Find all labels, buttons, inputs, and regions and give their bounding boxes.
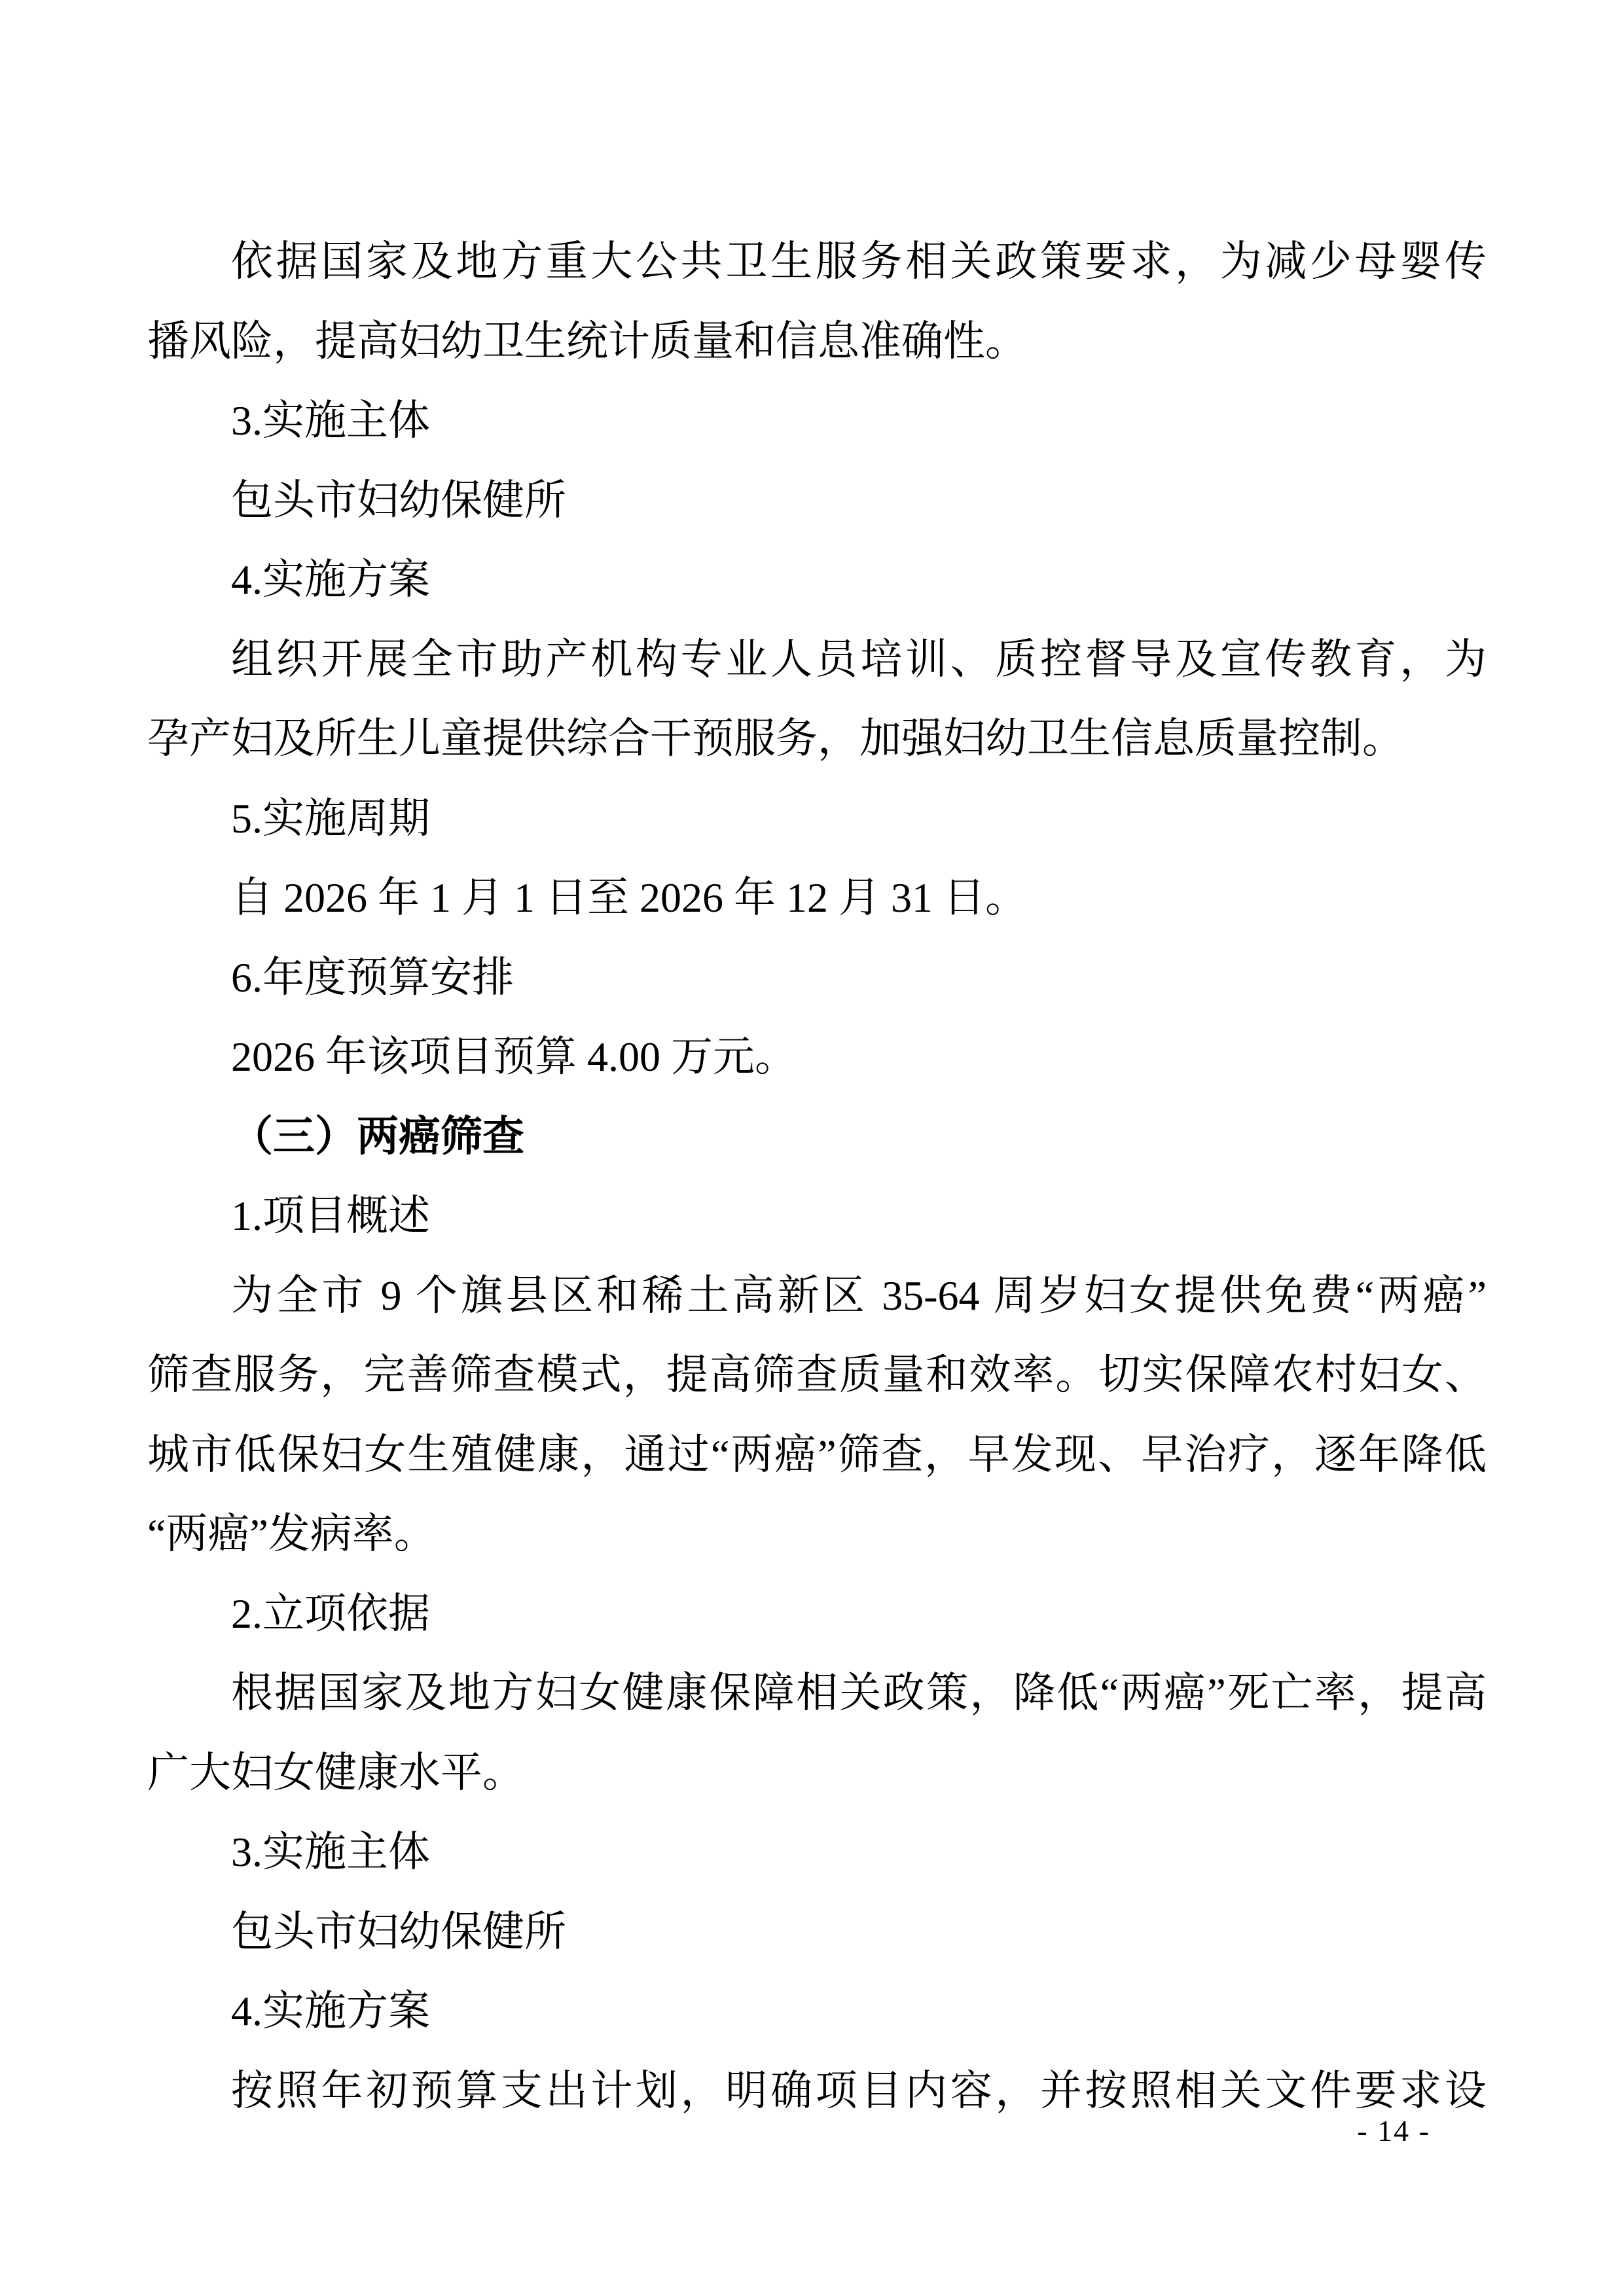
- text-line: 为全市 9 个旗县区和稀土高新区 35-64 周岁妇女提供免费“两癌”: [147, 1256, 1487, 1336]
- text-line: 筛查服务，完善筛查模式，提高筛查质量和效率。切实保障农村妇女、: [147, 1335, 1487, 1415]
- text-line: 广大妇女健康水平。: [147, 1733, 1487, 1813]
- text-line: 播风险，提高妇幼卫生统计质量和信息准确性。: [147, 302, 1487, 382]
- text-line: 自 2026 年 1 月 1 日至 2026 年 12 月 31 日。: [147, 858, 1487, 938]
- text-line: 依据国家及地方重大公共卫生服务相关政策要求，为减少母婴传: [147, 222, 1487, 302]
- text-line: 包头市妇幼保健所: [147, 461, 1487, 541]
- text-line: 5.实施周期: [147, 779, 1487, 859]
- page-number: - 14 -: [1357, 2113, 1430, 2149]
- text-line: 4.实施方案: [147, 540, 1487, 620]
- text-line: 城市低保妇女生殖健康，通过“两癌”筛查，早发现、早治疗，逐年降低: [147, 1415, 1487, 1495]
- text-line: 3.实施主体: [147, 1812, 1487, 1892]
- document-body: 依据国家及地方重大公共卫生服务相关政策要求，为减少母婴传播风险，提高妇幼卫生统计…: [147, 222, 1487, 2130]
- text-line: 2.立项依据: [147, 1574, 1487, 1654]
- text-line: “两癌”发病率。: [147, 1494, 1487, 1574]
- text-line: 4.实施方案: [147, 1971, 1487, 2051]
- text-line: 根据国家及地方妇女健康保障相关政策，降低“两癌”死亡率，提高: [147, 1653, 1487, 1733]
- text-line: 包头市妇幼保健所: [147, 1892, 1487, 1972]
- text-line: 2026 年该项目预算 4.00 万元。: [147, 1017, 1487, 1097]
- text-line: 6.年度预算安排: [147, 938, 1487, 1018]
- text-line: 按照年初预算支出计划，明确项目内容，并按照相关文件要求设: [147, 2051, 1487, 2131]
- text-line: 孕产妇及所生儿童提供综合干预服务，加强妇幼卫生信息质量控制。: [147, 699, 1487, 779]
- text-line: 组织开展全市助产机构专业人员培训、质控督导及宣传教育，为: [147, 620, 1487, 700]
- text-line: 3.实施主体: [147, 381, 1487, 461]
- section-heading-line: （三）两癌筛查: [147, 1097, 1487, 1177]
- text-line: 1.项目概述: [147, 1176, 1487, 1256]
- document-page: 依据国家及地方重大公共卫生服务相关政策要求，为减少母婴传播风险，提高妇幼卫生统计…: [0, 0, 1624, 2296]
